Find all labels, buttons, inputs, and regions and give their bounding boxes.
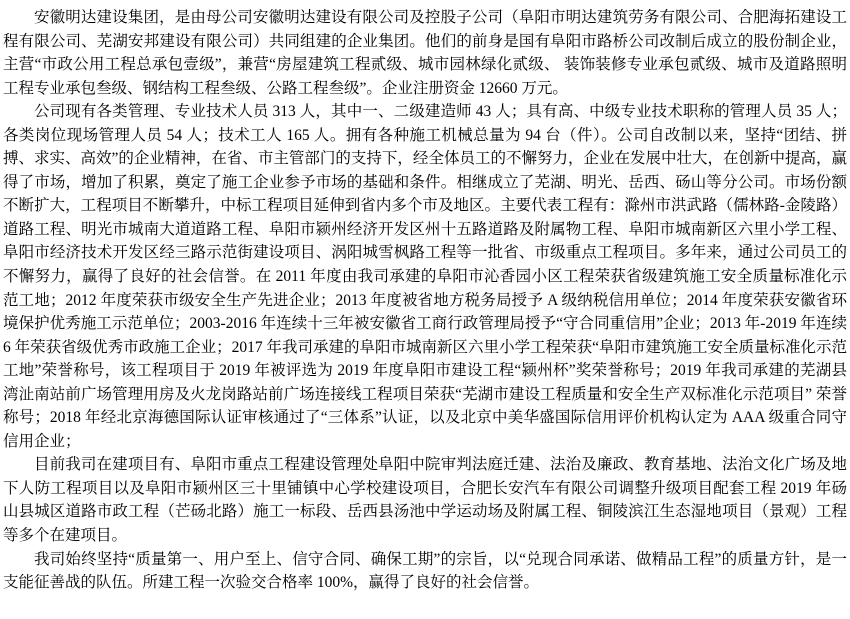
document-page: 安徽明达建设集团，是由母公司安徽明达建设有限公司及控股子公司（阜阳市明达建筑劳务… <box>0 0 850 619</box>
current-projects-paragraph: 目前我司在建项目有、阜阳市重点工程建设管理处阜阳中院审判法庭迁建、法治及廉政、教… <box>3 453 847 547</box>
personnel-and-honors-paragraph: 公司现有各类管理、专业技术人员 313 人，其中一、二级建造师 43 人；具有高… <box>3 100 847 453</box>
quality-policy-paragraph: 我司始终坚持“质量第一、用户至上、信守合同、确保工期”的宗旨，以“兑现合同承诺、… <box>3 548 847 595</box>
company-intro-paragraph: 安徽明达建设集团，是由母公司安徽明达建设有限公司及控股子公司（阜阳市明达建筑劳务… <box>3 6 847 100</box>
